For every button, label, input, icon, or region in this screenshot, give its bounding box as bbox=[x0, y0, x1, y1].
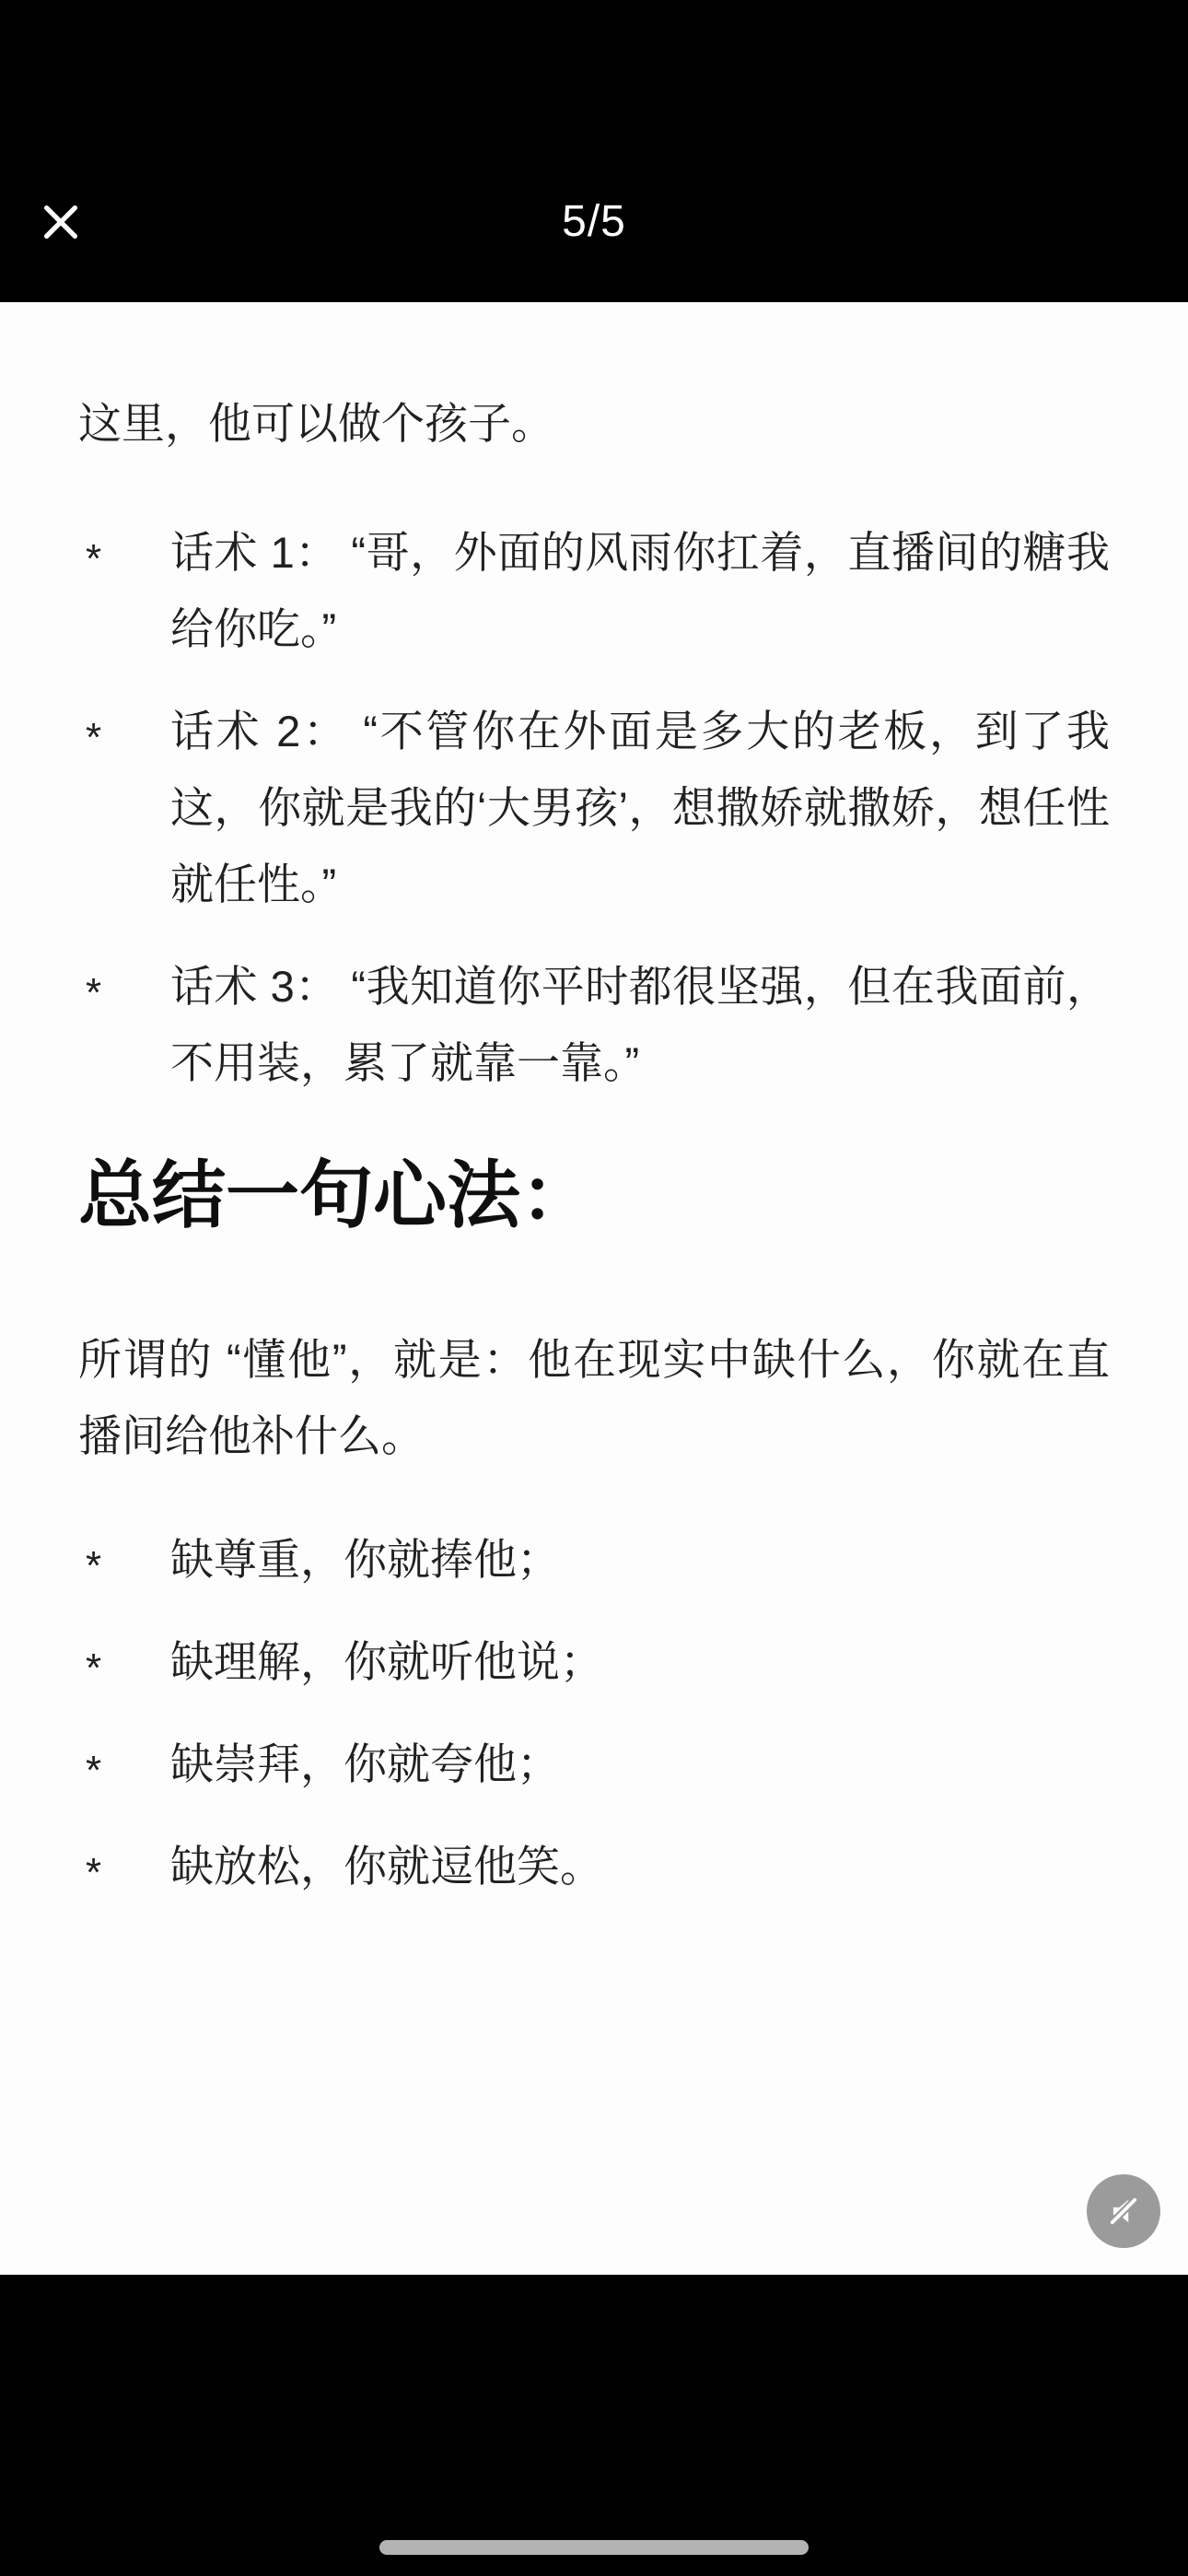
points-list: * 缺尊重，你就捧他； * 缺理解，你就听他说； * 缺崇拜，你就夸他； * 缺… bbox=[78, 1521, 1110, 1904]
bullet-marker: * bbox=[86, 1834, 101, 1911]
bullet-marker: * bbox=[86, 1630, 101, 1706]
list-item: * 缺理解，你就听他说； bbox=[78, 1623, 1110, 1700]
bullet-marker: * bbox=[86, 1732, 101, 1809]
section-heading: 总结一句心法： bbox=[78, 1152, 1110, 1240]
list-item: * 缺崇拜，你就夸他； bbox=[78, 1726, 1110, 1802]
script-text: 话术 1： “哥，外面的风雨你扛着，直播间的糖我给你吃。” bbox=[170, 528, 1110, 653]
intro-paragraph: 这里，他可以做个孩子。 bbox=[78, 385, 1110, 462]
script-text: 话术 2： “不管你在外面是多大的老板，到了我这，你就是我的‘大男孩’，想撒娇就… bbox=[170, 707, 1110, 908]
scripts-list: * 话术 1： “哥，外面的风雨你扛着，直播间的糖我给你吃。” * 话术 2： … bbox=[78, 514, 1110, 1101]
bullet-marker: * bbox=[86, 1528, 101, 1604]
viewer-bottom-bar bbox=[0, 2275, 1188, 2576]
bullet-marker: * bbox=[86, 699, 101, 776]
point-text: 缺理解，你就听他说； bbox=[170, 1637, 603, 1686]
list-item: * 话术 1： “哥，外面的风雨你扛着，直播间的糖我给你吃。” bbox=[78, 514, 1110, 667]
point-text: 缺尊重，你就捧他； bbox=[170, 1535, 560, 1584]
mute-button[interactable] bbox=[1087, 2174, 1160, 2248]
document-page: 这里，他可以做个孩子。 * 话术 1： “哥，外面的风雨你扛着，直播间的糖我给你… bbox=[0, 302, 1188, 2275]
point-text: 缺放松，你就逗他笑。 bbox=[170, 1842, 603, 1891]
point-text: 缺崇拜，你就夸他； bbox=[170, 1739, 560, 1788]
list-item: * 缺尊重，你就捧他； bbox=[78, 1521, 1110, 1598]
list-item: * 话术 2： “不管你在外面是多大的老板，到了我这，你就是我的‘大男孩’，想撒… bbox=[78, 693, 1110, 922]
summary-paragraph: 所谓的 “懂他”，就是：他在现实中缺什么，你就在直播间给他补什么。 bbox=[78, 1321, 1110, 1474]
list-item: * 缺放松，你就逗他笑。 bbox=[78, 1828, 1110, 1904]
script-text: 话术 3： “我知道你平时都很坚强，但在我面前，不用装，累了就靠一靠。” bbox=[170, 962, 1110, 1087]
home-indicator[interactable] bbox=[379, 2540, 809, 2555]
page-indicator: 5/5 bbox=[0, 195, 1188, 249]
image-viewer-screen: 5/5 这里，他可以做个孩子。 * 话术 1： “哥，外面的风雨你扛着，直播间的… bbox=[0, 0, 1188, 2576]
viewer-top-bar: 5/5 bbox=[0, 0, 1188, 302]
bullet-marker: * bbox=[86, 521, 101, 597]
muted-speaker-icon bbox=[1104, 2192, 1143, 2231]
list-item: * 话术 3： “我知道你平时都很坚强，但在我面前，不用装，累了就靠一靠。” bbox=[78, 948, 1110, 1101]
bullet-marker: * bbox=[86, 954, 101, 1031]
